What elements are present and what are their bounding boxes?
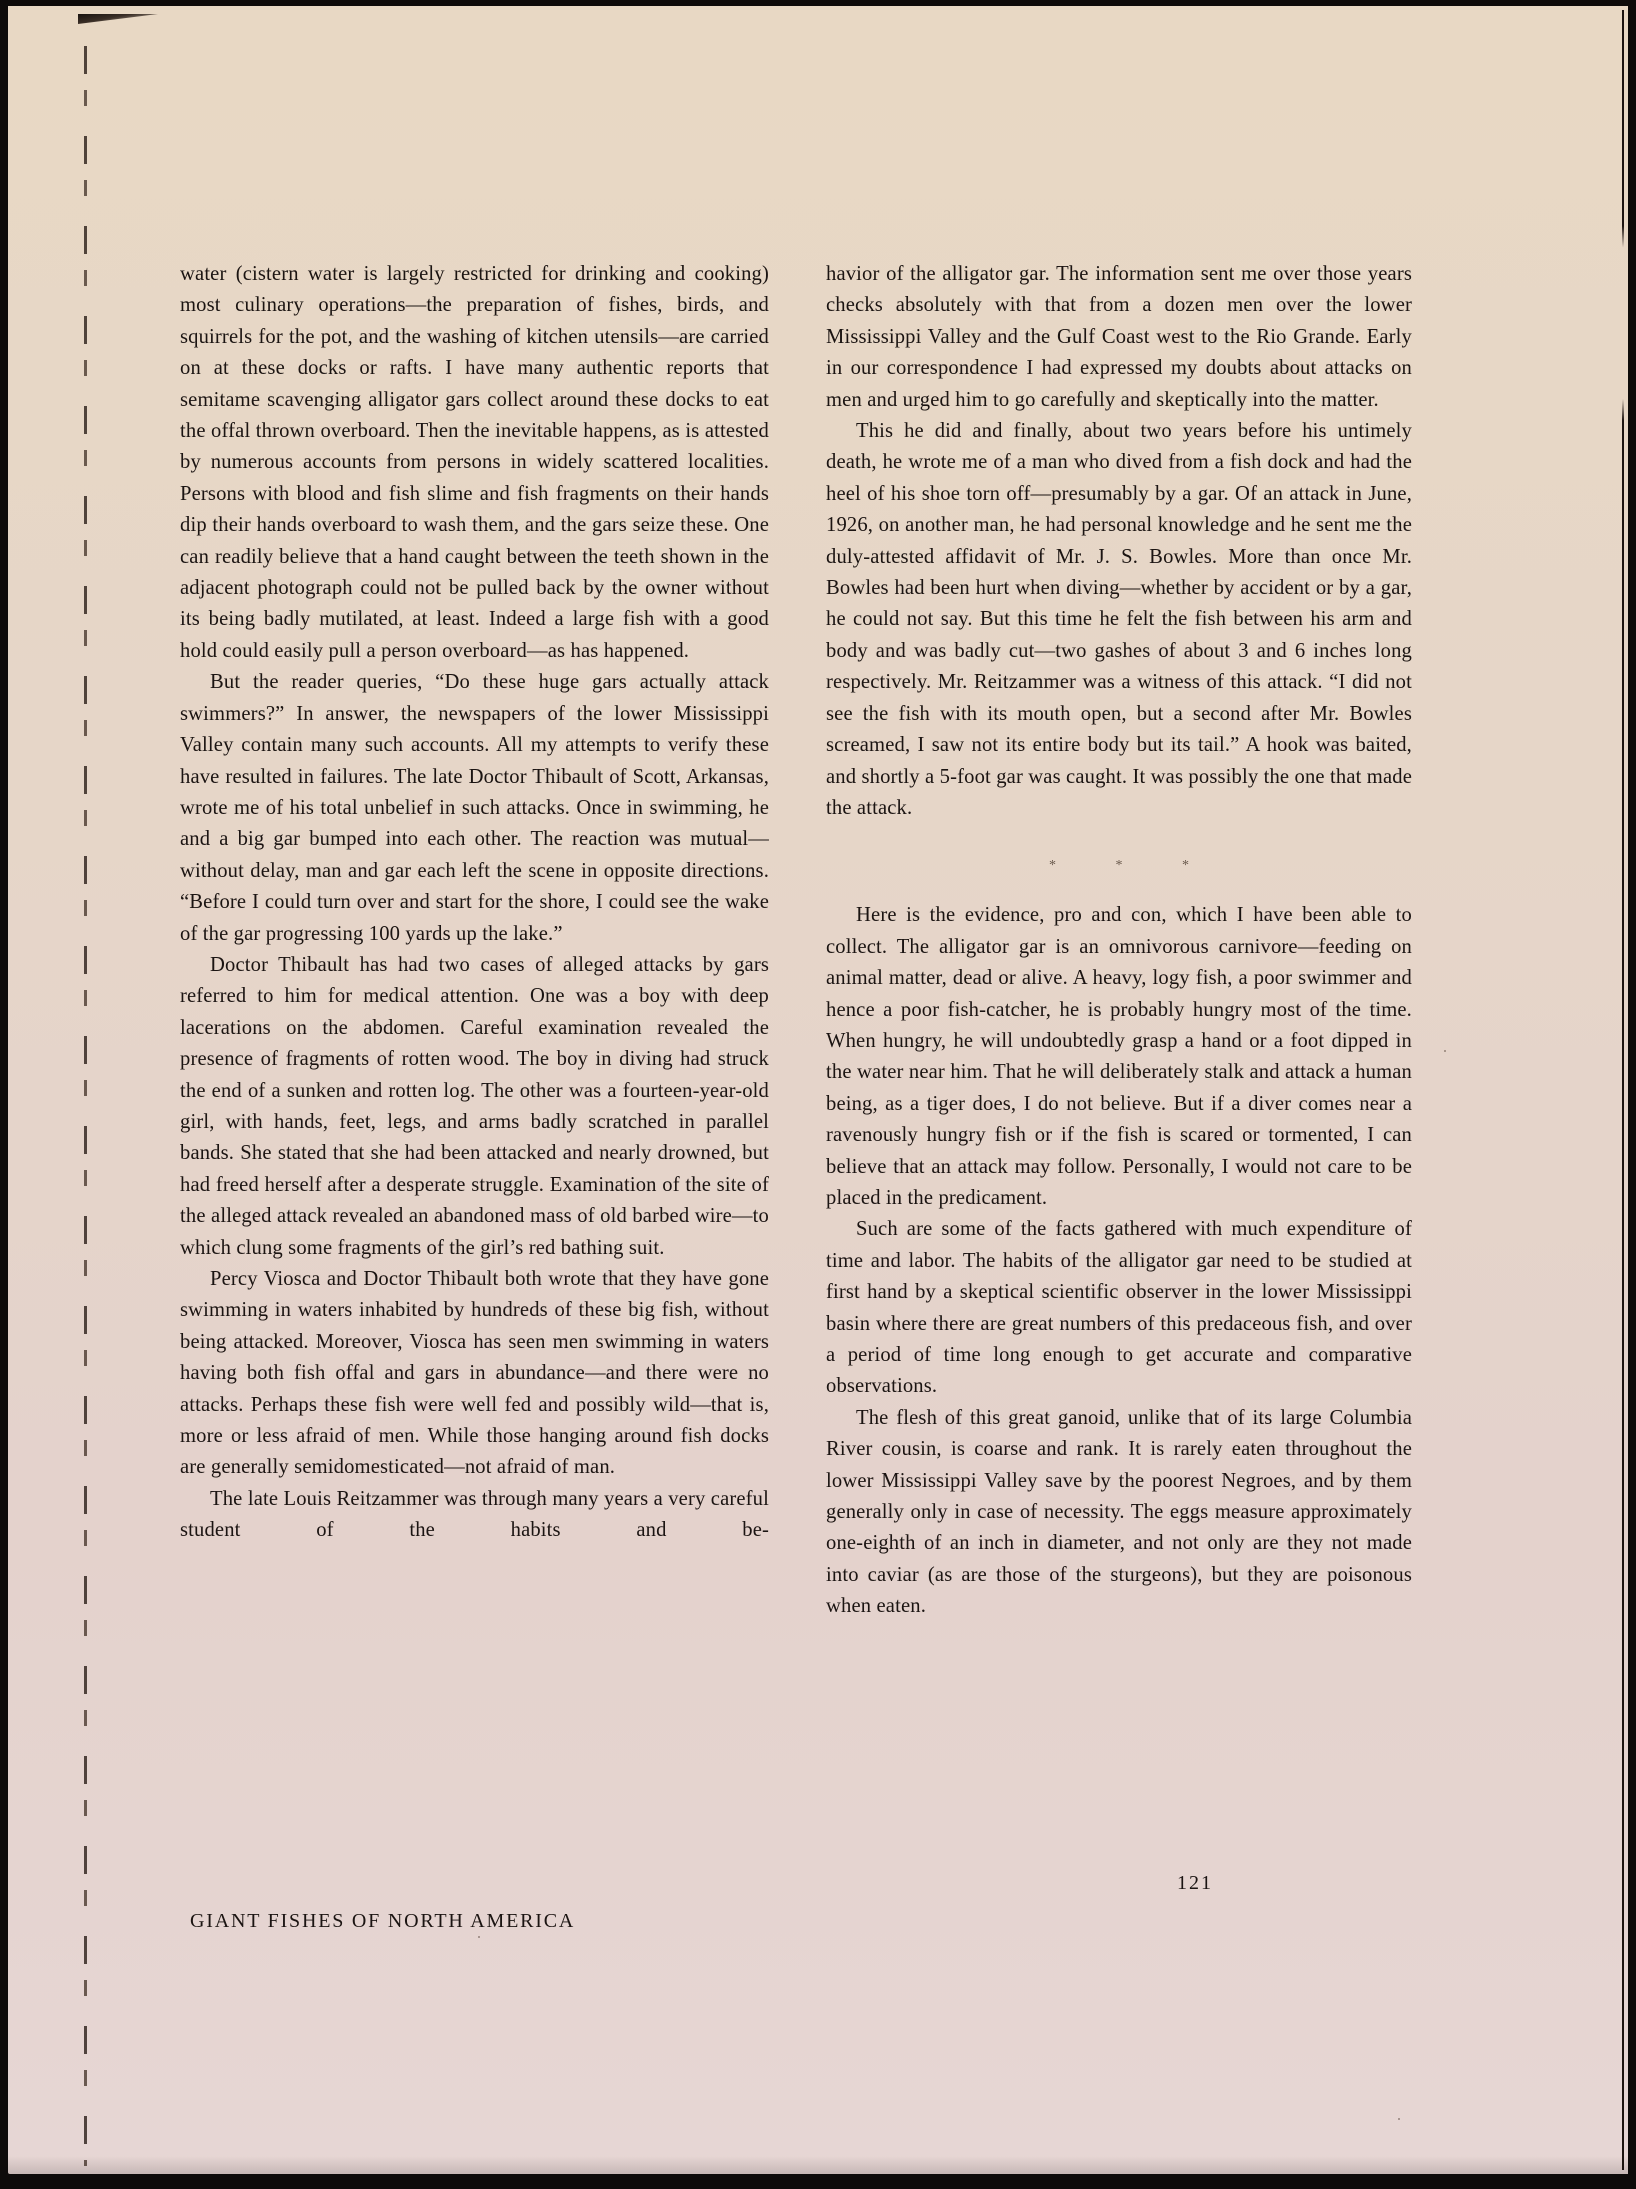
- left-text-column: water (cistern water is largely restrict…: [180, 259, 769, 1547]
- running-footer-title: GIANT FISHES OF NORTH AMERICA: [190, 1910, 575, 1933]
- paragraph: Doctor Thibault has had two cases of all…: [180, 950, 769, 1264]
- paragraph: Percy Viosca and Doctor Thibault both wr…: [180, 1264, 769, 1484]
- paragraph: Here is the evidence, pro and con, which…: [826, 900, 1412, 1214]
- paragraph: havior of the alligator gar. The informa…: [826, 259, 1412, 416]
- section-break-gap: [826, 886, 1412, 900]
- paragraph: The flesh of this great ganoid, unlike t…: [826, 1403, 1412, 1623]
- paragraph: This he did and finally, about two years…: [826, 416, 1412, 824]
- section-break-ornament: * * *: [826, 824, 1412, 886]
- binding-edge-right: [1622, 10, 1624, 2170]
- paragraph: Such are some of the facts gathered with…: [826, 1214, 1412, 1402]
- right-text-column: havior of the alligator gar. The informa…: [826, 259, 1412, 1623]
- page-corner-fold: [78, 14, 158, 24]
- book-page: water (cistern water is largely restrict…: [8, 6, 1628, 2174]
- paper-speck: [1398, 2118, 1400, 2120]
- paper-speck: [1444, 1050, 1446, 1052]
- paragraph: water (cistern water is largely restrict…: [180, 259, 769, 667]
- binding-edge-left: [84, 46, 87, 2166]
- paper-speck: [478, 1936, 480, 1938]
- paragraph: But the reader queries, “Do these huge g…: [180, 667, 769, 950]
- paragraph: The late Louis Reitzammer was through ma…: [180, 1484, 769, 1547]
- page-number: 121: [1177, 1872, 1213, 1895]
